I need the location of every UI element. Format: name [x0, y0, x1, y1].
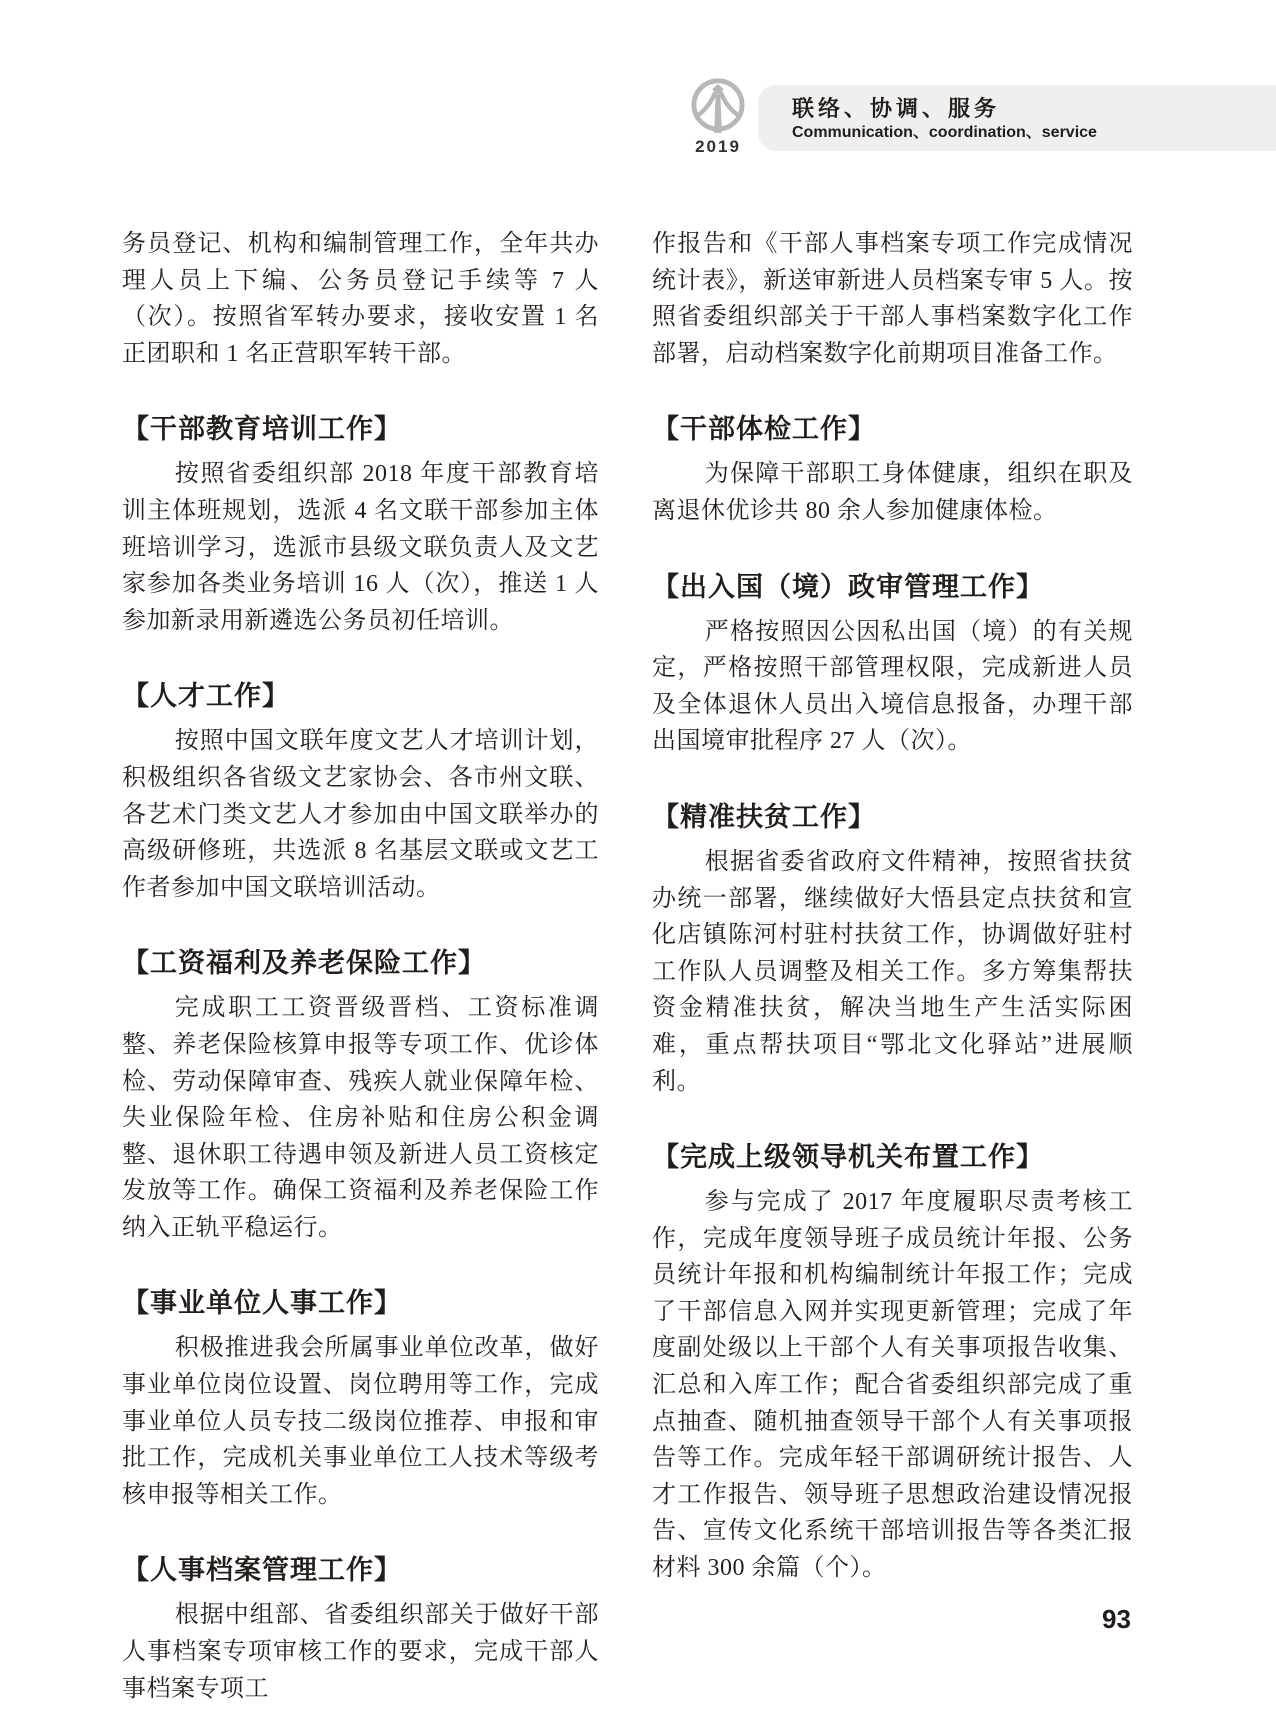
logo-year: 2019 [688, 137, 748, 157]
paragraph: 按照省委组织部 2018 年度干部教育培训主体班规划，选派 4 名文联干部参加主… [122, 456, 599, 639]
section-heading: 【人事档案管理工作】 [122, 1553, 599, 1587]
yearbook-page: 2019 联络、协调、服务 Communication、coordination… [0, 0, 1276, 1719]
section-heading: 【出入国（境）政审管理工作】 [652, 570, 1133, 604]
paragraph: 务员登记、机构和编制管理工作，全年共办理人员上下编、公务员登记手续等 7 人（次… [122, 226, 599, 372]
paragraph: 根据中组部、省委组织部关于做好干部人事档案专项审核工作的要求，完成干部人事档案专… [122, 1597, 599, 1707]
chapter-banner: 联络、协调、服务 Communication、coordination、serv… [758, 85, 1276, 151]
paragraph: 为保障干部职工身体健康，组织在职及离退休优诊共 80 余人参加健康体检。 [652, 456, 1133, 529]
paragraph: 完成职工工资晋级晋档、工资标准调整、养老保险核算申报等专项工作、优诊体检、劳动保… [122, 990, 599, 1246]
section-heading: 【事业单位人事工作】 [122, 1286, 599, 1320]
paragraph: 作报告和《干部人事档案专项工作完成情况统计表》，新送审新进人员档案专审 5 人。… [652, 226, 1133, 372]
section-heading: 【完成上级领导机关布置工作】 [652, 1140, 1133, 1174]
section-heading: 【精准扶贫工作】 [652, 800, 1133, 834]
page-number: 93 [1102, 1604, 1131, 1635]
section-heading: 【工资福利及养老保险工作】 [122, 946, 599, 980]
paragraph: 积极推进我会所属事业单位改革，做好事业单位岗位设置、岗位聘用等工作，完成事业单位… [122, 1330, 599, 1513]
paragraph: 严格按照因公因私出国（境）的有关规定，严格按照干部管理权限，完成新进人员及全体退… [652, 614, 1133, 760]
left-column: 务员登记、机构和编制管理工作，全年共办理人员上下编、公务员登记手续等 7 人（次… [122, 226, 599, 1707]
section-heading: 【干部教育培训工作】 [122, 412, 599, 446]
chapter-title-cn: 联络、协调、服务 [792, 96, 1276, 121]
logo-block: 2019 [688, 76, 748, 157]
wenlian-emblem-icon [688, 76, 748, 136]
paragraph: 根据省委省政府文件精神，按照省扶贫办统一部署，继续做好大悟县定点扶贫和宣化店镇陈… [652, 844, 1133, 1100]
chapter-title-en: Communication、coordination、service [792, 124, 1276, 142]
paragraph: 按照中国文联年度文艺人才培训计划，积极组织各省级文艺家协会、各市州文联、各艺术门… [122, 723, 599, 906]
section-heading: 【人才工作】 [122, 679, 599, 713]
right-column: 作报告和《干部人事档案专项工作完成情况统计表》，新送审新进人员档案专审 5 人。… [652, 226, 1133, 1587]
section-heading: 【干部体检工作】 [652, 412, 1133, 446]
paragraph: 参与完成了 2017 年度履职尽责考核工作，完成年度领导班子成员统计年报、公务员… [652, 1184, 1133, 1587]
